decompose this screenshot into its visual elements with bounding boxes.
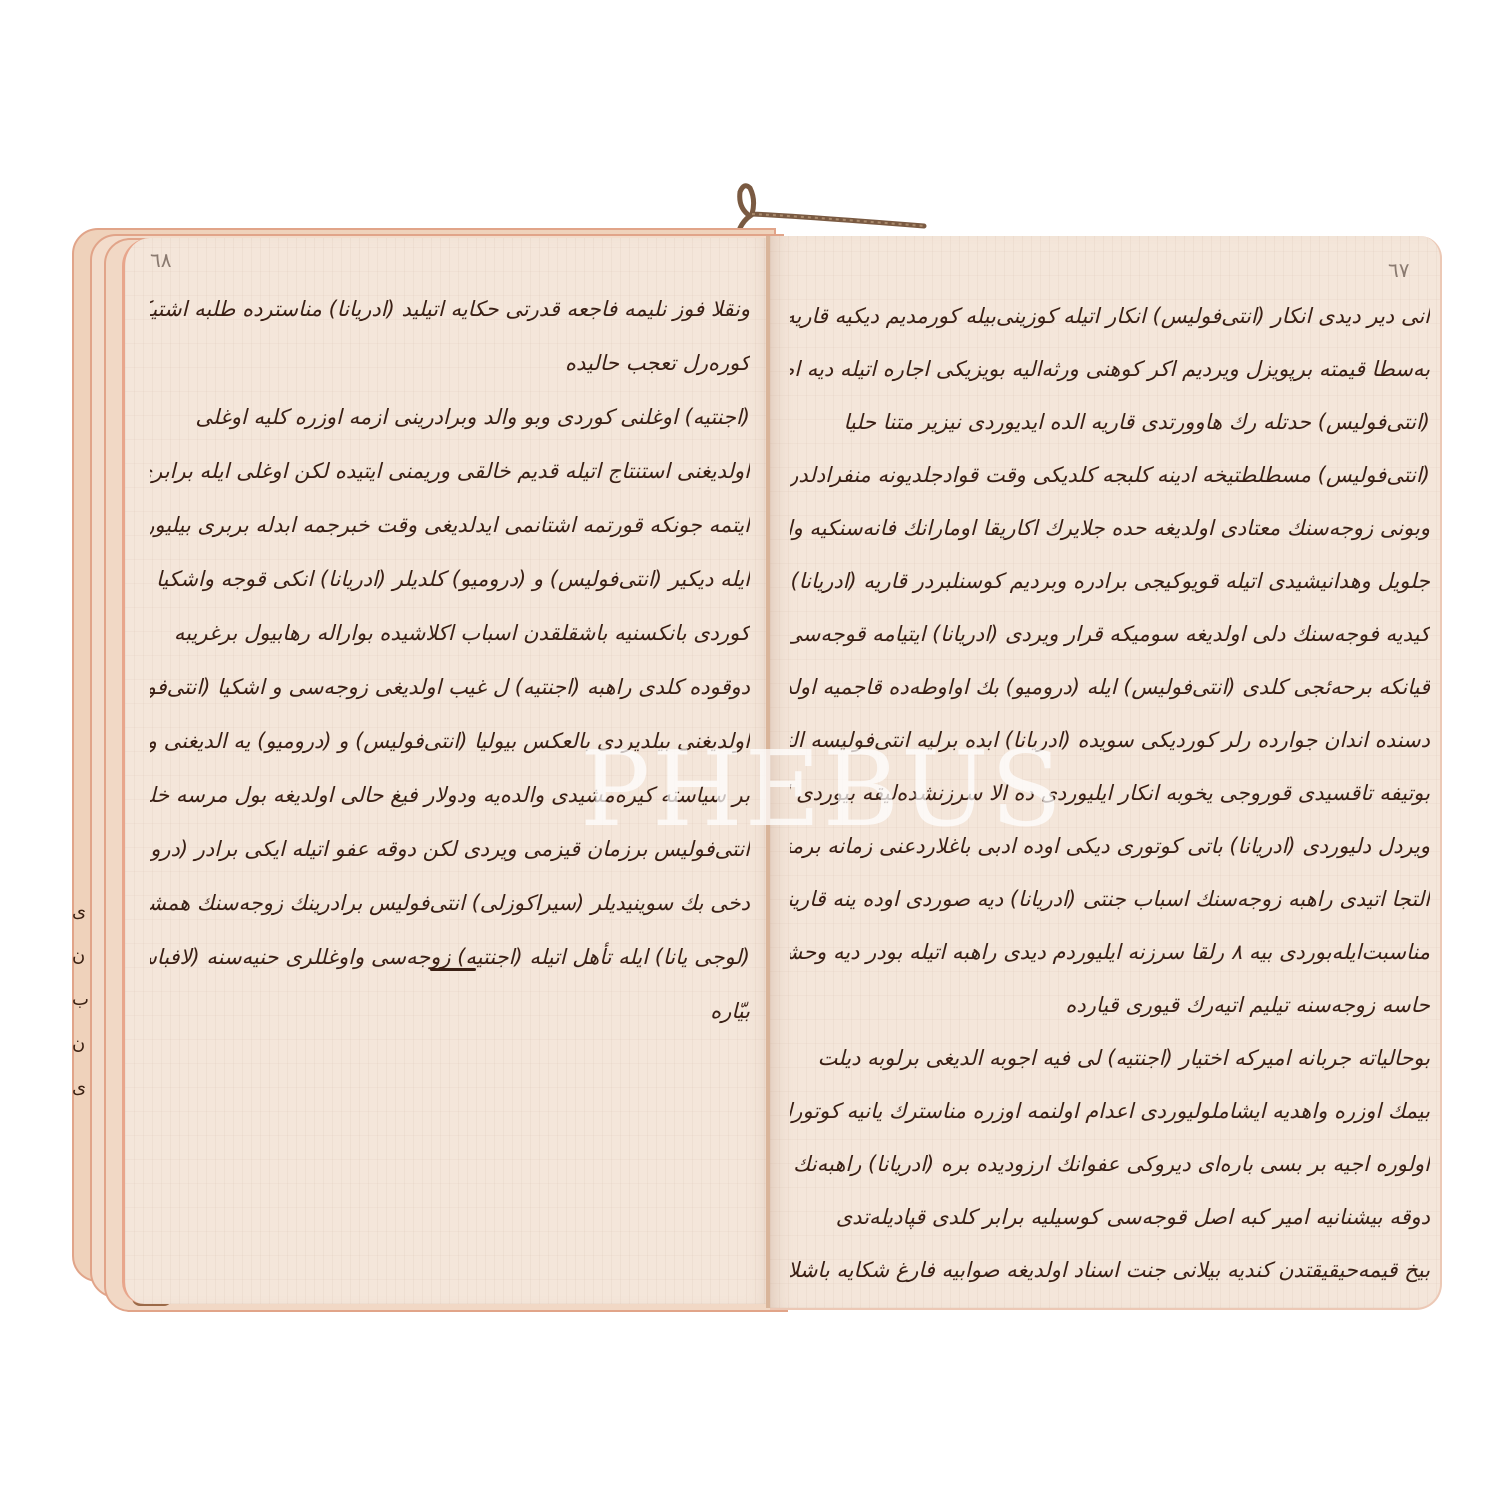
margin-mark: ی — [72, 1066, 92, 1110]
handwritten-line: ایله دیکیر (انتی‌فولیس) و (دروميو) کلدیل… — [150, 552, 750, 606]
handwritten-line: ایتمه جونکه قورتمه اشتانمی ایدلدیغی وقت … — [150, 498, 750, 552]
handwritten-line: بوحالیاته جربانه امیرکه اختیار (اجنتیه) … — [790, 1032, 1430, 1085]
handwritten-line: (انتی‌فولیس) حدتله رك هاوورتدی قاریه الد… — [790, 396, 1430, 449]
handwritten-line: اولدیغنی استنتاج اتیله قدیم خالقی وریمنی… — [150, 444, 750, 498]
handwritten-line: ونقلا فوز نلیمه فاجعه قدرتی حکایه اتیلید… — [150, 282, 750, 336]
handwritten-line: وبونی زوجه‌سنك معتادی اولدیغه حده جلایرك… — [790, 502, 1430, 555]
margin-mark: ن — [72, 1022, 92, 1066]
handwritten-line: جلویل وهدانیشیدی اتیله قویوکیجی برادره و… — [790, 555, 1430, 608]
handwritten-line: دوقه بیشنانیه امیر کبه اصل قوجه‌سی کوسیل… — [790, 1191, 1430, 1244]
watermark: PHEBUS — [580, 728, 1064, 850]
handwritten-line: مناسبت‌ایله‌بوردی بیه ۸ رلقا سرزنه ایلیو… — [790, 926, 1430, 979]
handwritten-line: بیمك اوزره واهدیه ایشاملولیوردی اعدام او… — [790, 1085, 1430, 1138]
handwritten-line: بیّاره — [150, 984, 750, 1038]
handwritten-line: کوره‌رل تعجب حالیده — [150, 336, 750, 390]
handwritten-line: کوردی بانکسنیه باشقلقدن اسباب اکلاشیده ب… — [150, 606, 750, 660]
handwritten-line: کیدیه فوجه‌سنك دلی اولدیغه سومیکه قرار و… — [790, 608, 1430, 661]
handwritten-line: دخی بك سوینیدیلر (سیراکوزلی) انتی‌فولیس … — [150, 876, 750, 930]
handwritten-line: (لوجی یانا) ایله تأهل اتیله (اجنتیه) زوج… — [150, 930, 750, 984]
handwritten-line: قیانکه برحه‌ئجی کلدی (انتی‌فولیس) ایله (… — [790, 661, 1430, 714]
handwritten-line: (اجنتیه) اوغلنی کوردی وبو والد وبرادرینی… — [150, 390, 750, 444]
handwritten-line: دوقوده کلدی راهبه (اجنتیه) ل غیب اولدیغی… — [150, 660, 750, 714]
margin-marks: ی ن ب ن ی — [72, 890, 92, 1110]
page-number-left: ٦٨ — [150, 248, 171, 272]
left-page-text: ونقلا فوز نلیمه فاجعه قدرتی حکایه اتیلید… — [150, 282, 750, 1038]
handwritten-line: اولوره اجیه بر بسی باره‌ای دیروکی عفوانك… — [790, 1138, 1430, 1191]
margin-mark: ن — [72, 934, 92, 978]
handwritten-line: حاسه زوجه‌سنه تیلیم اتیه‌رك قیوری قیارده — [790, 979, 1430, 1032]
binding-string — [728, 180, 928, 230]
end-dash — [430, 968, 476, 971]
handwritten-line: التجا اتیدی راهبه زوجه‌سنك اسباب جنتی (ا… — [790, 873, 1430, 926]
open-notebook: ی ن ب ن ی ٦٨ ٦٧ ونقلا فوز نلیمه فاجعه قد… — [0, 0, 1500, 1500]
handwritten-line: انی دیر دیدی انکار (انتی‌فولیس) انکار ات… — [790, 290, 1430, 343]
handwritten-line: بیخ قیمه‌حیقیقتدن کندیه بیلانی جنت اسناد… — [790, 1244, 1430, 1297]
page-number-right: ٦٧ — [1388, 258, 1409, 282]
margin-mark: ی — [72, 890, 92, 934]
handwritten-line: به‌سطا قیمته برپویزل ویردیم اکر کوهنی ور… — [790, 343, 1430, 396]
margin-mark: ب — [72, 978, 92, 1022]
handwritten-line: (انتی‌فولیس) مسطلطتیخه ادینه کلبجه کلدیک… — [790, 449, 1430, 502]
